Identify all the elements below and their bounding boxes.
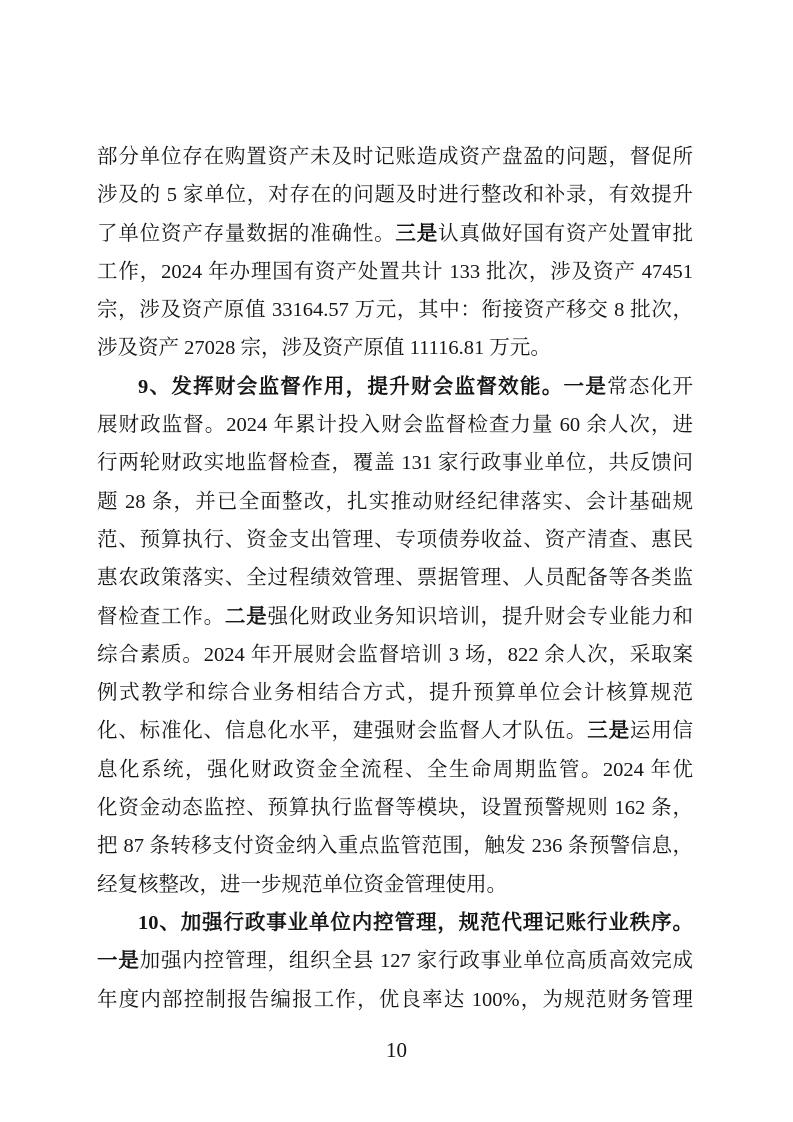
text-run: 涉及资产 27028 宗，涉及资产原值 11116.81 万元。 [97, 337, 551, 359]
text-run: 化、标准化、信息化水平，建强财会监督人才队伍。 [97, 720, 587, 742]
text-run: 运用信 [630, 720, 693, 742]
text-run: 工作，2024 年办理国有资产处置共计 133 批次，涉及资产 47451 [97, 261, 693, 283]
text-run: 息化系统，强化财政资金全流程、全生命周期监管。2024 年优 [97, 759, 693, 781]
text-run: 常态化开 [607, 376, 693, 398]
text-line: 年度内部控制报告编报工作，优良率达 100%，为规范财务管理 [97, 981, 693, 1019]
section-heading-line: 9、发挥财会监督作用，提升财会监督效能。一是常态化开 [97, 368, 693, 406]
text-run: 范、预算执行、资金支出管理、专项债券收益、资产清查、惠民 [97, 529, 693, 551]
text-run: 强化财政业务知识培训，提升财会专业能力和 [268, 606, 693, 628]
text-line: 行两轮财政实地监督检查，覆盖 131 家行政事业单位，共反馈问 [97, 444, 693, 482]
section-heading-line: 10、加强行政事业单位内控管理，规范代理记账行业秩序。 [97, 904, 693, 942]
text-line: 督检查工作。二是强化财政业务知识培训，提升财会专业能力和 [97, 598, 693, 636]
bold-text-run: 三是 [587, 720, 630, 742]
text-run: 涉及的 5 家单位，对存在的问题及时进行整改和补录，有效提升 [97, 184, 693, 206]
text-run: 把 87 条转移支付资金纳入重点监管范围，触发 236 条预警信息， [97, 835, 693, 857]
text-line: 展财政监督。2024 年累计投入财会监督检查力量 60 余人次，进 [97, 406, 693, 444]
text-line: 例式教学和综合业务相结合方式，提升预算单位会计核算规范 [97, 674, 693, 712]
text-run: 综合素质。2024 年开展财会监督培训 3 场，822 余人次，采取案 [97, 644, 693, 666]
text-line: 经复核整改，进一步规范单位资金管理使用。 [97, 866, 693, 904]
text-run: 惠农政策落实、全过程绩效管理、票据管理、人员配备等各类监 [97, 567, 693, 589]
text-run: 例式教学和综合业务相结合方式，提升预算单位会计核算规范 [97, 682, 693, 704]
text-line: 部分单位存在购置资产未及时记账造成资产盘盈的问题，督促所 [97, 138, 693, 176]
text-line: 工作，2024 年办理国有资产处置共计 133 批次，涉及资产 47451 [97, 253, 693, 291]
text-line: 综合素质。2024 年开展财会监督培训 3 场，822 余人次，采取案 [97, 636, 693, 674]
bold-text-run: 一是 [97, 950, 140, 972]
text-line: 涉及的 5 家单位，对存在的问题及时进行整改和补录，有效提升 [97, 176, 693, 214]
page-number: 10 [386, 1038, 407, 1062]
text-line: 宗，涉及资产原值 33164.57 万元，其中：衔接资产移交 8 批次， [97, 291, 693, 329]
text-run: 题 28 条，并已全面整改，扎实推动财经纪律落实、会计基础规 [97, 491, 693, 513]
bold-text-run: 9、发挥财会监督作用，提升财会监督效能。一是 [138, 376, 607, 398]
text-line: 题 28 条，并已全面整改，扎实推动财经纪律落实、会计基础规 [97, 483, 693, 521]
bold-text-run: 二是 [225, 606, 268, 628]
text-line: 一是加强内控管理，组织全县 127 家行政事业单位高质高效完成 [97, 942, 693, 980]
text-run: 化资金动态监控、预算执行监督等模块，设置预警规则 162 条， [97, 797, 693, 819]
text-run: 宗，涉及资产原值 33164.57 万元，其中：衔接资产移交 8 批次， [97, 299, 693, 321]
text-run: 加强内控管理，组织全县 127 家行政事业单位高质高效完成 [140, 950, 693, 972]
text-line: 化资金动态监控、预算执行监督等模块，设置预警规则 162 条， [97, 789, 693, 827]
text-run: 年度内部控制报告编报工作，优良率达 100%，为规范财务管理 [97, 989, 693, 1011]
page-footer: 10 [0, 1036, 793, 1064]
bold-text-run: 三是 [395, 223, 438, 245]
text-run: 了单位资产存量数据的准确性。 [97, 223, 395, 245]
text-run: 展财政监督。2024 年累计投入财会监督检查力量 60 余人次，进 [97, 414, 693, 436]
text-run: 经复核整改，进一步规范单位资金管理使用。 [97, 874, 507, 896]
document-body-text: 部分单位存在购置资产未及时记账造成资产盘盈的问题，督促所 涉及的 5 家单位，对… [97, 138, 693, 1019]
text-line: 息化系统，强化财政资金全流程、全生命周期监管。2024 年优 [97, 751, 693, 789]
text-line: 了单位资产存量数据的准确性。三是认真做好国有资产处置审批 [97, 215, 693, 253]
text-line: 涉及资产 27028 宗，涉及资产原值 11116.81 万元。 [97, 329, 693, 367]
text-run: 行两轮财政实地监督检查，覆盖 131 家行政事业单位，共反馈问 [97, 452, 693, 474]
text-run: 认真做好国有资产处置审批 [438, 223, 693, 245]
text-run: 部分单位存在购置资产未及时记账造成资产盘盈的问题，督促所 [97, 146, 693, 168]
text-line: 化、标准化、信息化水平，建强财会监督人才队伍。三是运用信 [97, 712, 693, 750]
text-line: 惠农政策落实、全过程绩效管理、票据管理、人员配备等各类监 [97, 559, 693, 597]
document-page: 部分单位存在购置资产未及时记账造成资产盘盈的问题，督促所 涉及的 5 家单位，对… [0, 0, 793, 1122]
text-line: 范、预算执行、资金支出管理、专项债券收益、资产清查、惠民 [97, 521, 693, 559]
text-line: 把 87 条转移支付资金纳入重点监管范围，触发 236 条预警信息， [97, 827, 693, 865]
bold-text-run: 10、加强行政事业单位内控管理，规范代理记账行业秩序。 [138, 912, 693, 934]
text-run: 督检查工作。 [97, 606, 225, 628]
